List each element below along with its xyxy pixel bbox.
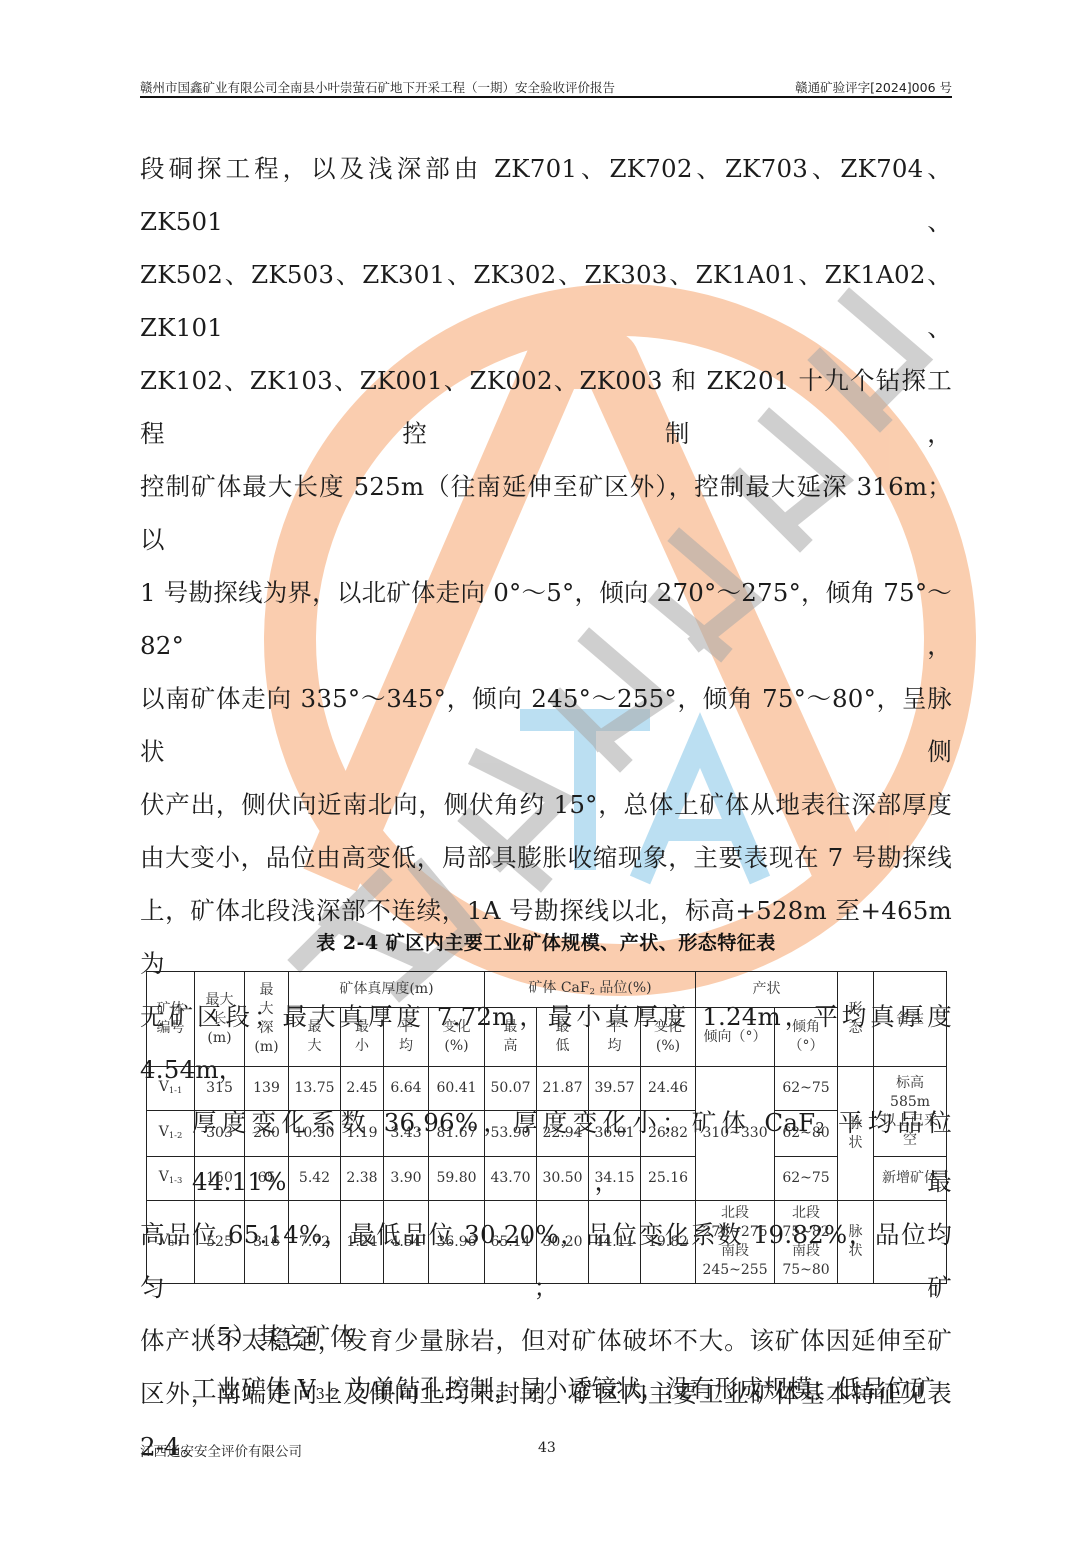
text-line: 南段 [696, 1242, 774, 1261]
cell-thickness-max: 10.50 [289, 1111, 341, 1157]
footer-company: 江西通安安全评价有限公司 [140, 1440, 302, 1460]
cell-thickness-avg: 3.43 [384, 1111, 429, 1157]
header-doc-number: 赣通矿验评字[2024]006 号 [795, 78, 952, 96]
cell-max-length: 525 [195, 1201, 245, 1284]
col-dip-direction: 倾向（°） [696, 1008, 775, 1067]
table-row: V1-2 303 260 10.50 1.19 3.43 81.67 53.90… [147, 1111, 947, 1157]
cell-grade-max: 53.90 [485, 1111, 537, 1157]
cell-grade-max: 50.07 [485, 1067, 537, 1111]
col-grade-var: 变化(%) [641, 1008, 696, 1067]
col-shape: 形态 [838, 972, 874, 1067]
cell-thickness-var: 59.80 [429, 1157, 485, 1201]
body-line: 伏产出，侧伏向近南北向，侧伏角约 15°，总体上矿体从地表往深部厚度 [140, 778, 952, 831]
text-run: 为单钻孔控制，呈小透镜状，没有形成规模；低品位矿 [339, 1374, 935, 1403]
table-header-row: 矿体编号 最大长(m) 最大深(m) 矿体真厚度(m) 矿体 CaF2 品位(%… [147, 972, 947, 1008]
body-line: 段硐探工程，以及浅深部由 ZK701、ZK702、ZK703、ZK704、ZK5… [140, 142, 952, 248]
cell-max-depth: 65 [245, 1157, 289, 1201]
text-run: V [159, 1124, 169, 1140]
page-number: 43 [538, 1440, 556, 1456]
text-line: 北段 [696, 1204, 774, 1223]
cell-thickness-min: 2.38 [341, 1157, 384, 1201]
text-run: 工业矿体 V [192, 1374, 315, 1403]
subscript: 1-2 [169, 1130, 183, 1140]
col-group-grade: 矿体 CaF2 品位(%) [485, 972, 696, 1008]
cell-remark: 新增矿体 [874, 1157, 947, 1201]
cell-orebody-id: V1-3 [147, 1157, 195, 1201]
subscript: 1-3 [169, 1175, 183, 1185]
col-dip-angle: 倾角（°） [775, 1008, 838, 1067]
body-line: 1 号勘探线为界，以北矿体走向 0°～5°，倾向 270°～275°，倾角 75… [140, 566, 952, 672]
cell-grade-var: 26.82 [641, 1111, 696, 1157]
cell-grade-avg: 39.57 [589, 1067, 641, 1111]
cell-dip-angle: 62~75 [775, 1067, 838, 1111]
header-divider [140, 96, 952, 98]
table-row: V3-1 525 316 7.72 1.24 4.54 36.96 65.14 … [147, 1201, 947, 1284]
col-max-length: 最大长(m) [195, 972, 245, 1067]
cell-dip-angle: 62~80 [775, 1111, 838, 1157]
running-header: 赣州市国鑫矿业有限公司全南县小叶崇萤石矿地下开采工程（一期）安全验收评价报告 赣… [140, 76, 952, 96]
cell-thickness-var: 60.41 [429, 1067, 485, 1111]
text-run: V [159, 1232, 169, 1248]
cell-thickness-min: 1.19 [341, 1111, 384, 1157]
text-line: 270~275 [696, 1223, 774, 1242]
cell-grade-min: 30.50 [537, 1157, 589, 1201]
cell-thickness-max: 13.75 [289, 1067, 341, 1111]
cell-thickness-var: 81.67 [429, 1111, 485, 1157]
cell-thickness-var: 36.96 [429, 1201, 485, 1284]
cell-grade-min: 30.20 [537, 1201, 589, 1284]
col-thickness-min: 最小 [341, 1008, 384, 1067]
col-max-depth: 最大深(m) [245, 972, 289, 1067]
col-group-attitude: 产状 [696, 972, 838, 1008]
cell-max-length: 315 [195, 1067, 245, 1111]
orebody-characteristics-table: 矿体编号 最大长(m) 最大深(m) 矿体真厚度(m) 矿体 CaF2 品位(%… [146, 971, 947, 1284]
cell-thickness-avg: 4.54 [384, 1201, 429, 1284]
cell-thickness-max: 5.42 [289, 1157, 341, 1201]
cell-thickness-avg: 3.90 [384, 1157, 429, 1201]
text-run: 矿体 CaF [528, 980, 589, 996]
cell-grade-avg: 36.01 [589, 1111, 641, 1157]
subscript: 1-1 [169, 1085, 183, 1095]
text-run: V [159, 1079, 169, 1095]
text-run: V [159, 1169, 169, 1185]
cell-grade-min: 21.87 [537, 1067, 589, 1111]
subscript: 3-2 [315, 1386, 339, 1403]
body-line: ZK102、ZK103、ZK001、ZK002、ZK003 和 ZK201 十九… [140, 354, 952, 460]
col-grade-max: 最高 [485, 1008, 537, 1067]
text-line: 245~255 [696, 1261, 774, 1280]
body-line: 以南矿体走向 335°～345°，倾向 245°～255°，倾角 75°～80°… [140, 672, 952, 778]
cell-grade-min: 22.94 [537, 1111, 589, 1157]
text-line: 75~82 [775, 1223, 837, 1242]
text-line: 北段 [775, 1204, 837, 1223]
body-line: 控制矿体最大长度 525m（往南延伸至矿区外），控制最大延深 316m；以 [140, 460, 952, 566]
cell-orebody-id: V1-2 [147, 1111, 195, 1157]
cell-remark: 标高585m 以上已采空 [874, 1067, 947, 1157]
cell-orebody-id: V1-1 [147, 1067, 195, 1111]
cell-thickness-avg: 6.64 [384, 1067, 429, 1111]
text-line: 南段 [775, 1242, 837, 1261]
cell-max-depth: 316 [245, 1201, 289, 1284]
text-run: 品位(%) [595, 980, 652, 996]
subscript: 3-1 [169, 1238, 183, 1248]
cell-thickness-min: 2.45 [341, 1067, 384, 1111]
col-orebody-id: 矿体编号 [147, 972, 195, 1067]
text-line: 75~80 [775, 1261, 837, 1280]
cell-grade-max: 43.70 [485, 1157, 537, 1201]
cell-max-depth: 260 [245, 1111, 289, 1157]
cell-dip-direction-merged: 310~330 [696, 1067, 775, 1201]
cell-thickness-max: 7.72 [289, 1201, 341, 1284]
cell-max-depth: 139 [245, 1067, 289, 1111]
cell-grade-max: 65.14 [485, 1201, 537, 1284]
cell-orebody-id: V3-1 [147, 1201, 195, 1284]
cell-thickness-min: 1.24 [341, 1201, 384, 1284]
header-report-title: 赣州市国鑫矿业有限公司全南县小叶崇萤石矿地下开采工程（一期）安全验收评价报告 [140, 78, 615, 96]
cell-grade-var: 25.16 [641, 1157, 696, 1201]
table-row: V1-1 315 139 13.75 2.45 6.64 60.41 50.07… [147, 1067, 947, 1111]
document-page: 赣州市国鑫矿业有限公司全南县小叶崇萤石矿地下开采工程（一期）安全验收评价报告 赣… [0, 0, 1092, 1544]
cell-remark [874, 1201, 947, 1284]
section-heading: （5）其它矿体 [192, 1318, 355, 1353]
col-thickness-var: 变化(%) [429, 1008, 485, 1067]
cell-grade-avg: 34.15 [589, 1157, 641, 1201]
cell-grade-avg: 44.11 [589, 1201, 641, 1284]
cell-dip-angle: 62~75 [775, 1157, 838, 1201]
col-thickness-max: 最大 [289, 1008, 341, 1067]
cell-shape-merged: 脉状 [838, 1067, 874, 1201]
cell-dip-direction: 北段 270~275 南段 245~255 [696, 1201, 775, 1284]
table-row: V1-3 150 65 5.42 2.38 3.90 59.80 43.70 3… [147, 1157, 947, 1201]
col-group-thickness: 矿体真厚度(m) [289, 972, 485, 1008]
cell-max-length: 303 [195, 1111, 245, 1157]
body-line: ZK502、ZK503、ZK301、ZK302、ZK303、ZK1A01、ZK1… [140, 248, 952, 354]
cell-grade-var: 24.46 [641, 1067, 696, 1111]
cell-grade-var: 19.82 [641, 1201, 696, 1284]
body-line: 由大变小，品位由高变低，局部具膨胀收缩现象，主要表现在 7 号勘探线 [140, 831, 952, 884]
section-paragraph: 工业矿体 V3-2 为单钻孔控制，呈小透镜状，没有形成规模；低品位矿 [192, 1370, 952, 1405]
cell-dip-angle: 北段 75~82 南段 75~80 [775, 1201, 838, 1284]
col-grade-min: 最低 [537, 1008, 589, 1067]
col-remark: 备注 [874, 972, 947, 1067]
cell-shape: 脉状 [838, 1201, 874, 1284]
cell-max-length: 150 [195, 1157, 245, 1201]
col-thickness-avg: 平均 [384, 1008, 429, 1067]
table-caption: 表 2-4 矿区内主要工业矿体规模、产状、形态特征表 [140, 928, 952, 955]
col-grade-avg: 平均 [589, 1008, 641, 1067]
